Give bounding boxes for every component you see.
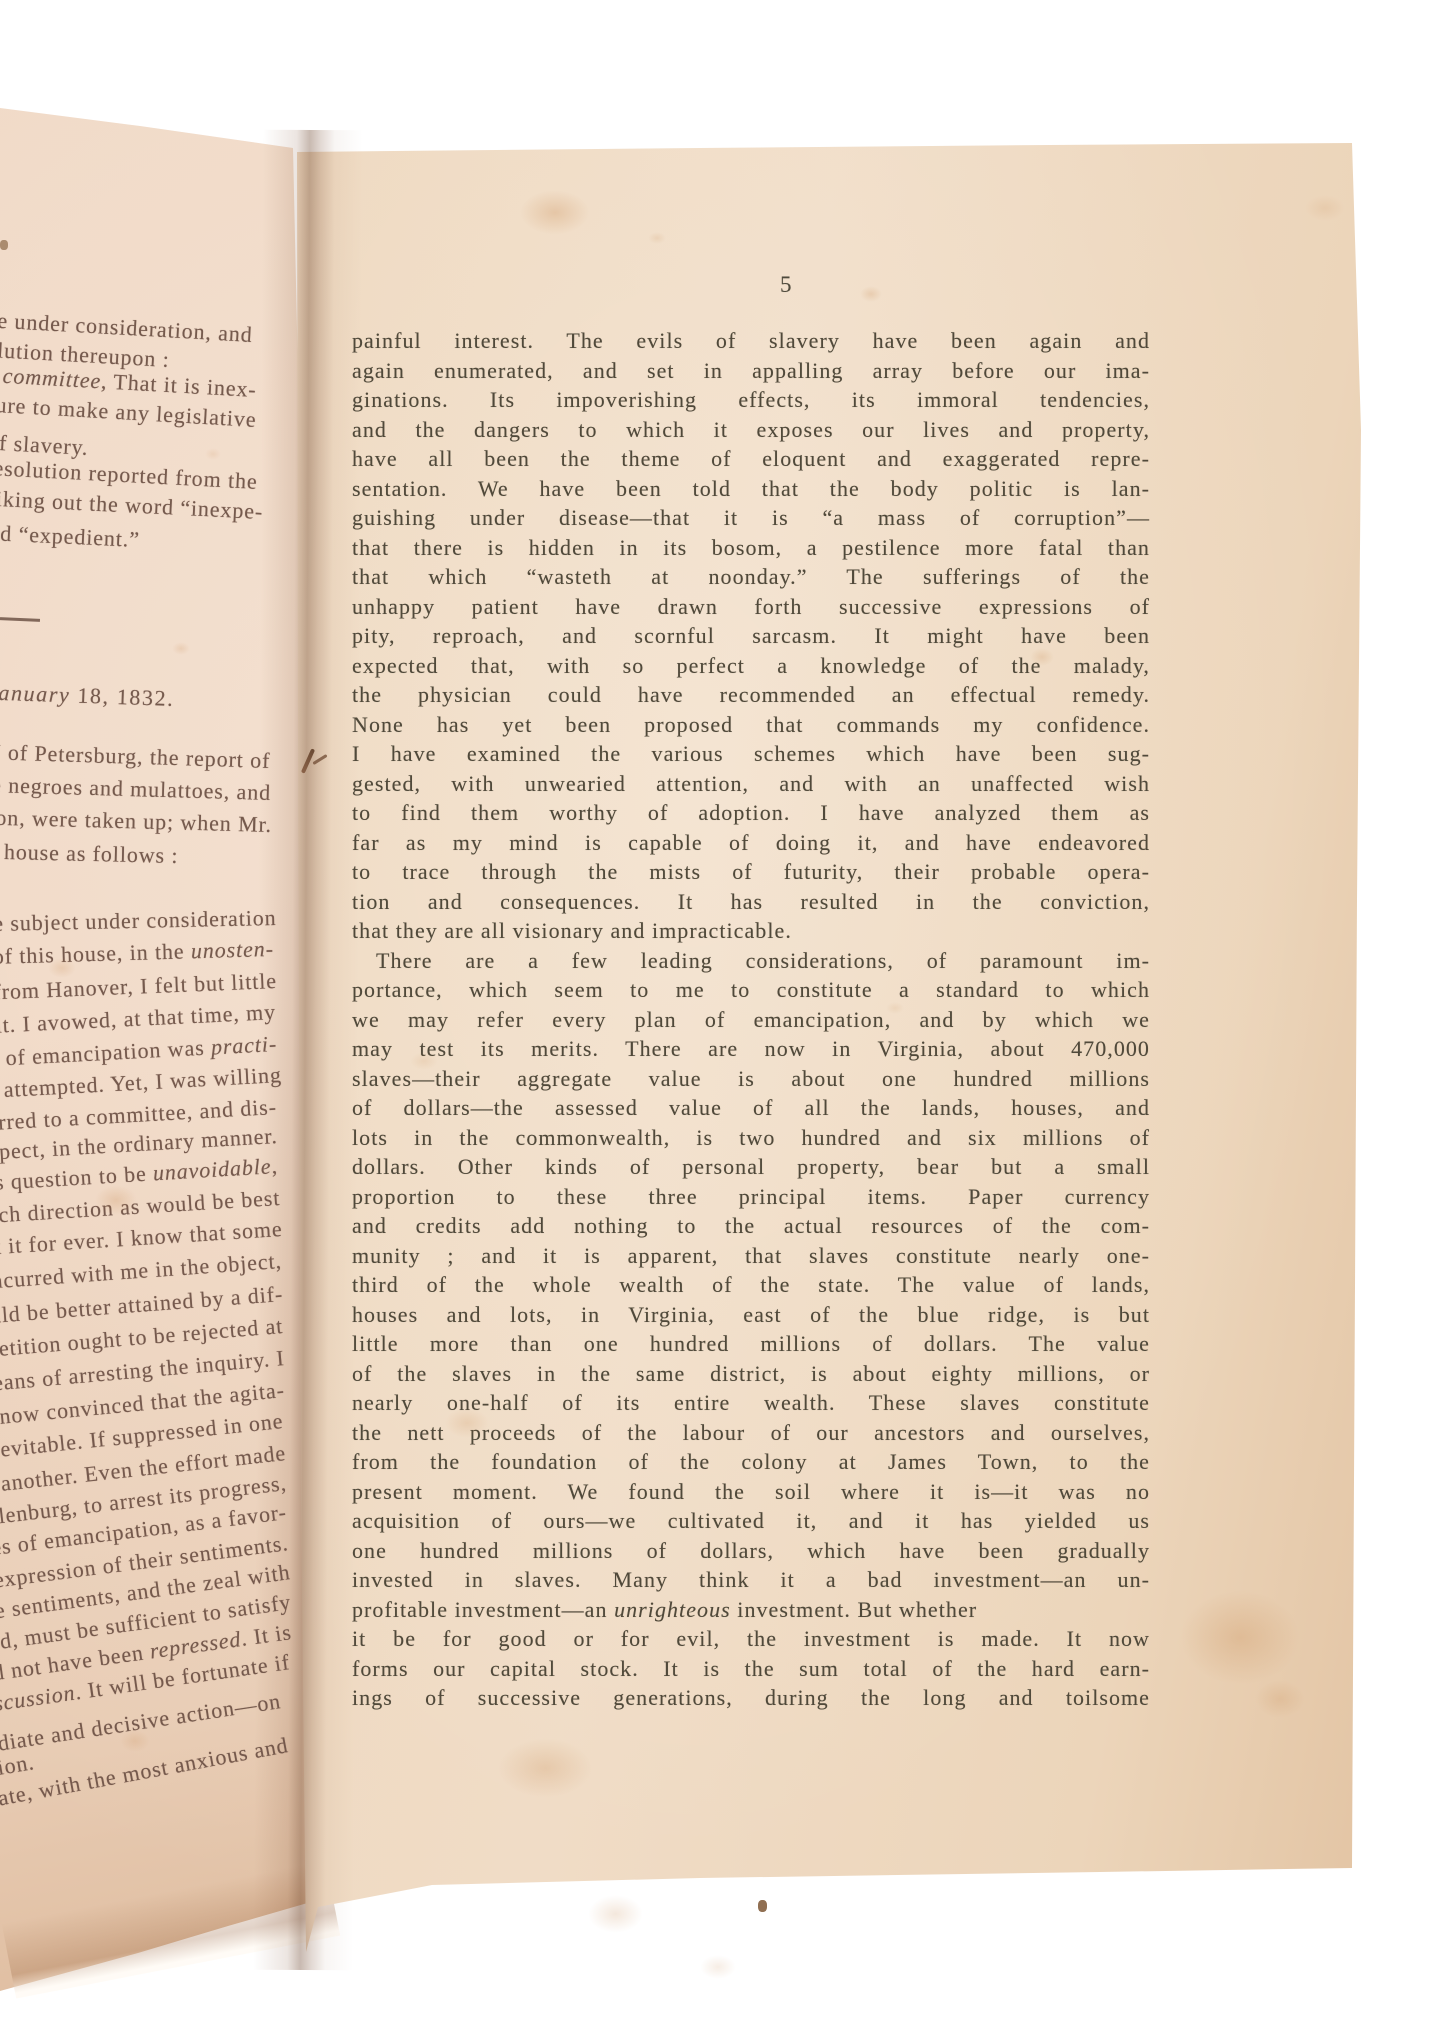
text-line: proportion to these three principal item…	[352, 1182, 1150, 1212]
text: slaves—their aggregate value is about on…	[352, 1066, 1150, 1091]
text-line: ed the house as follows :	[0, 838, 178, 869]
text-line: profitable investment—an unrighteous inv…	[352, 1595, 1150, 1625]
text-line: sentation. We have been told that the bo…	[352, 474, 1150, 504]
text: little more than one hundred millions of…	[352, 1331, 1150, 1356]
text-line: that they are all visionary and impracti…	[352, 916, 1150, 946]
text-line: far as my mind is capable of doing it, a…	[352, 828, 1150, 858]
text-line: forms our capital stock. It is the sum t…	[352, 1654, 1150, 1684]
text-line: portance, which seem to me to constitute…	[352, 975, 1150, 1005]
text: tion and consequences. It has resulted i…	[352, 889, 1150, 914]
text-line: There are a few leading considerations, …	[352, 946, 1150, 976]
photo-of-open-pamphlet: same under consideration, andesolution t…	[0, 0, 1445, 2023]
italic-text: January	[0, 679, 71, 707]
text: that which “wasteth at noonday.” The suf…	[352, 564, 1150, 589]
text-line: to trace through the mists of futurity, …	[352, 857, 1150, 887]
text: profitable investment—an	[352, 1597, 614, 1622]
text-line: again enumerated, and set in appalling a…	[352, 356, 1150, 386]
text-line: of dollars—the assessed value of all the…	[352, 1093, 1150, 1123]
text-line: to find them worthy of adoption. I have …	[352, 798, 1150, 828]
text-line: and the dangers to which it exposes our …	[352, 415, 1150, 445]
text-line: the physician could have recommended an …	[352, 680, 1150, 710]
text-line: third of the whole wealth of the state. …	[352, 1270, 1150, 1300]
text: guishing under disease—that it is “a mas…	[352, 505, 1150, 530]
text-line: painful interest. The evils of slavery h…	[352, 326, 1150, 356]
text: acquisition of ours—we cultivated it, an…	[352, 1508, 1150, 1533]
text-line: that which “wasteth at noonday.” The suf…	[352, 562, 1150, 592]
text-line: gested, with unwearied attention, and wi…	[352, 769, 1150, 799]
text-line: slaves—their aggregate value is about on…	[352, 1064, 1150, 1094]
right-page-text: painful interest. The evils of slavery h…	[352, 326, 1150, 1713]
text: painful interest. The evils of slavery h…	[352, 328, 1150, 353]
text-line: from the foundation of the colony at Jam…	[352, 1447, 1150, 1477]
text: far as my mind is capable of doing it, a…	[352, 830, 1150, 855]
text-line: acquisition of ours—we cultivated it, an…	[352, 1506, 1150, 1536]
stain	[588, 1895, 643, 1933]
text: to trace through the mists of futurity, …	[352, 859, 1150, 884]
text-line: one hundred millions of dollars, which h…	[352, 1536, 1150, 1566]
text: we may refer every plan of emancipation,…	[352, 1007, 1150, 1032]
text: ginations. Its impoverishing effects, it…	[352, 387, 1150, 412]
text-line: ginations. Its impoverishing effects, it…	[352, 385, 1150, 415]
text: gested, with unwearied attention, and wi…	[352, 771, 1150, 796]
text: to find them worthy of adoption. I have …	[352, 800, 1150, 825]
text: of the slaves in the same district, is a…	[352, 1361, 1150, 1386]
text: may test its merits. There are now in Vi…	[352, 1036, 1150, 1061]
text: munity ; and it is apparent, that slaves…	[352, 1243, 1150, 1268]
text-line: of the slaves in the same district, is a…	[352, 1359, 1150, 1389]
text: third of the whole wealth of the state. …	[352, 1272, 1150, 1297]
text: investment. But whether	[731, 1597, 977, 1622]
text: the physician could have recommended an …	[352, 682, 1150, 707]
text: invested in slaves. Many think it a bad …	[352, 1567, 1150, 1592]
text-line: may test its merits. There are now in Vi…	[352, 1034, 1150, 1064]
text-line: we may refer every plan of emancipation,…	[352, 1005, 1150, 1035]
text-line: tion and consequences. It has resulted i…	[352, 887, 1150, 917]
text: ion.	[0, 1749, 36, 1780]
text-line: pity, reproach, and scornful sarcasm. It…	[352, 621, 1150, 651]
text: expected that, with so perfect a knowled…	[352, 653, 1150, 678]
text-line: houses and lots, in Virginia, east of th…	[352, 1300, 1150, 1330]
text: the nett proceeds of the labour of our a…	[352, 1420, 1150, 1445]
text-line: and credits add nothing to the actual re…	[352, 1211, 1150, 1241]
text: portance, which seem to me to constitute…	[352, 977, 1150, 1002]
text-line: guishing under disease—that it is “a mas…	[352, 503, 1150, 533]
text: dollars. Other kinds of personal propert…	[352, 1154, 1150, 1179]
text: 18, 1832.	[70, 682, 175, 711]
text: houses and lots, in Virginia, east of th…	[352, 1302, 1150, 1327]
italic-text: unosten-	[191, 936, 275, 963]
text: proportion to these three principal item…	[352, 1184, 1150, 1209]
text: ed the house as follows :	[0, 838, 178, 868]
text-line: ings of successive generations, during t…	[352, 1683, 1150, 1713]
text: unhappy patient have drawn forth success…	[352, 594, 1150, 619]
text-line: nearly one-half of its entire wealth. Th…	[352, 1388, 1150, 1418]
text: There are a few leading considerations, …	[376, 948, 1150, 973]
text-line: that there is hidden in its bosom, a pes…	[352, 533, 1150, 563]
text-line: unhappy patient have drawn forth success…	[352, 592, 1150, 622]
text-line: invested in slaves. Many think it a bad …	[352, 1565, 1150, 1595]
text-line: lots in the commonwealth, is two hundred…	[352, 1123, 1150, 1153]
text: None has yet been proposed that commands…	[352, 712, 1150, 737]
page-number: 5	[766, 272, 806, 298]
text: again enumerated, and set in appalling a…	[352, 358, 1150, 383]
text: from the foundation of the colony at Jam…	[352, 1449, 1150, 1474]
text: nearly one-half of its entire wealth. Th…	[352, 1390, 1150, 1415]
text: that they are all visionary and impracti…	[352, 918, 792, 943]
text: lots in the commonwealth, is two hundred…	[352, 1125, 1150, 1150]
text-line: little more than one hundred millions of…	[352, 1329, 1150, 1359]
text: present moment. We found the soil where …	[352, 1479, 1150, 1504]
text: have all been the theme of eloquent and …	[352, 446, 1150, 471]
text-line: present moment. We found the soil where …	[352, 1477, 1150, 1507]
text-line: it be for good or for evil, the investme…	[352, 1624, 1150, 1654]
text: sentation. We have been told that the bo…	[352, 476, 1150, 501]
text-line: None has yet been proposed that commands…	[352, 710, 1150, 740]
text-line: have all been the theme of eloquent and …	[352, 444, 1150, 474]
text: ings of successive generations, during t…	[352, 1685, 1150, 1710]
text-line: I have examined the various schemes whic…	[352, 739, 1150, 769]
text: pity, reproach, and scornful sarcasm. It…	[352, 623, 1150, 648]
ink-speck	[758, 1900, 767, 1912]
italic-text: practi-	[210, 1031, 277, 1059]
text: and credits add nothing to the actual re…	[352, 1213, 1150, 1238]
text: I have examined the various schemes whic…	[352, 741, 1150, 766]
text-line: munity ; and it is apparent, that slaves…	[352, 1241, 1150, 1271]
text: it be for good or for evil, the investme…	[352, 1626, 1150, 1651]
stain	[700, 1955, 736, 1979]
text-line: expected that, with so perfect a knowled…	[352, 651, 1150, 681]
text: that there is hidden in its bosom, a pes…	[352, 535, 1150, 560]
text: of dollars—the assessed value of all the…	[352, 1095, 1150, 1120]
text: forms our capital stock. It is the sum t…	[352, 1656, 1150, 1681]
text: one hundred millions of dollars, which h…	[352, 1538, 1150, 1563]
italic-text: unrighteous	[614, 1597, 731, 1622]
text-line: dollars. Other kinds of personal propert…	[352, 1152, 1150, 1182]
text-line: the nett proceeds of the labour of our a…	[352, 1418, 1150, 1448]
text: and the dangers to which it exposes our …	[352, 417, 1150, 442]
